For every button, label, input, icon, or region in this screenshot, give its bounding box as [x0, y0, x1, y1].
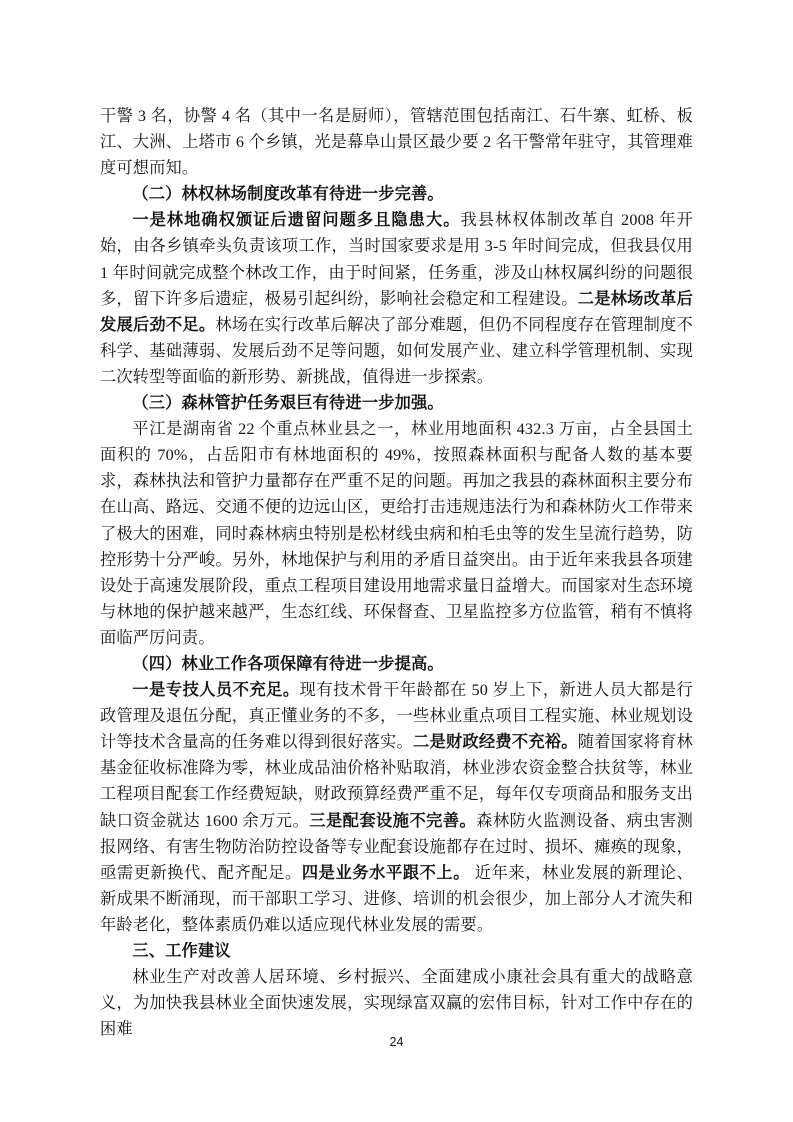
text-run: 平江是湖南省 22 个重点林业县之一，林业用地面积 432.3 万亩，占全县国土…: [100, 420, 693, 647]
paragraph-section-2: 一是林地确权颁证后遗留问题多且隐患大。我县林权体制改革自 2008 年开始，由各…: [100, 207, 693, 390]
bold-lead-run: 三是配套设施不完善。: [309, 812, 476, 830]
document-page: 干警 3 名，协警 4 名（其中一名是厨师），管辖范围包括南江、石牛寨、虹桥、板…: [0, 0, 793, 1122]
paragraph-suggestions: 林业生产对改善人居环境、乡村振兴、全面建成小康社会具有重大的战略意义，为加快我县…: [100, 964, 693, 1042]
paragraph-section-4: 一是专技人员不充足。现有技术骨干年龄都在 50 岁上下，新进人员大都是行政管理及…: [100, 677, 693, 938]
bold-lead-run: 四是业务水平跟不上。: [302, 864, 470, 882]
section-heading-4: （四）林业工作各项保障有待进一步提高。: [100, 651, 693, 677]
page-body: 干警 3 名，协警 4 名（其中一名是厨师），管辖范围包括南江、石牛寨、虹桥、板…: [100, 103, 693, 1042]
text-run: 干警 3 名，协警 4 名（其中一名是厨师），管辖范围包括南江、石牛寨、虹桥、板…: [100, 107, 693, 177]
heading-text: （三）森林管护任务艰巨有待进一步加强。: [132, 394, 443, 412]
page-number: 24: [0, 1035, 793, 1049]
bold-lead-run: 二是财政经费不充裕。: [413, 733, 578, 751]
heading-text: （四）林业工作各项保障有待进一步提高。: [132, 655, 443, 673]
paragraph-section-3: 平江是湖南省 22 个重点林业县之一，林业用地面积 432.3 万亩，占全县国土…: [100, 416, 693, 651]
section-heading-2: （二）林权林场制度改革有待进一步完善。: [100, 181, 693, 207]
section-heading-3: （三）森林管护任务艰巨有待进一步加强。: [100, 390, 693, 416]
text-run: 林业生产对改善人居环境、乡村振兴、全面建成小康社会具有重大的战略意义，为加快我县…: [100, 968, 693, 1038]
section-heading-suggestions: 三、工作建议: [100, 938, 693, 964]
paragraph-continuation: 干警 3 名，协警 4 名（其中一名是厨师），管辖范围包括南江、石牛寨、虹桥、板…: [100, 103, 693, 181]
heading-text: 三、工作建议: [132, 942, 230, 960]
bold-lead-run: 一是林地确权颁证后遗留问题多且隐患大。: [132, 211, 460, 229]
heading-text: （二）林权林场制度改革有待进一步完善。: [132, 185, 443, 203]
bold-lead-run: 一是专技人员不充足。: [132, 681, 299, 699]
